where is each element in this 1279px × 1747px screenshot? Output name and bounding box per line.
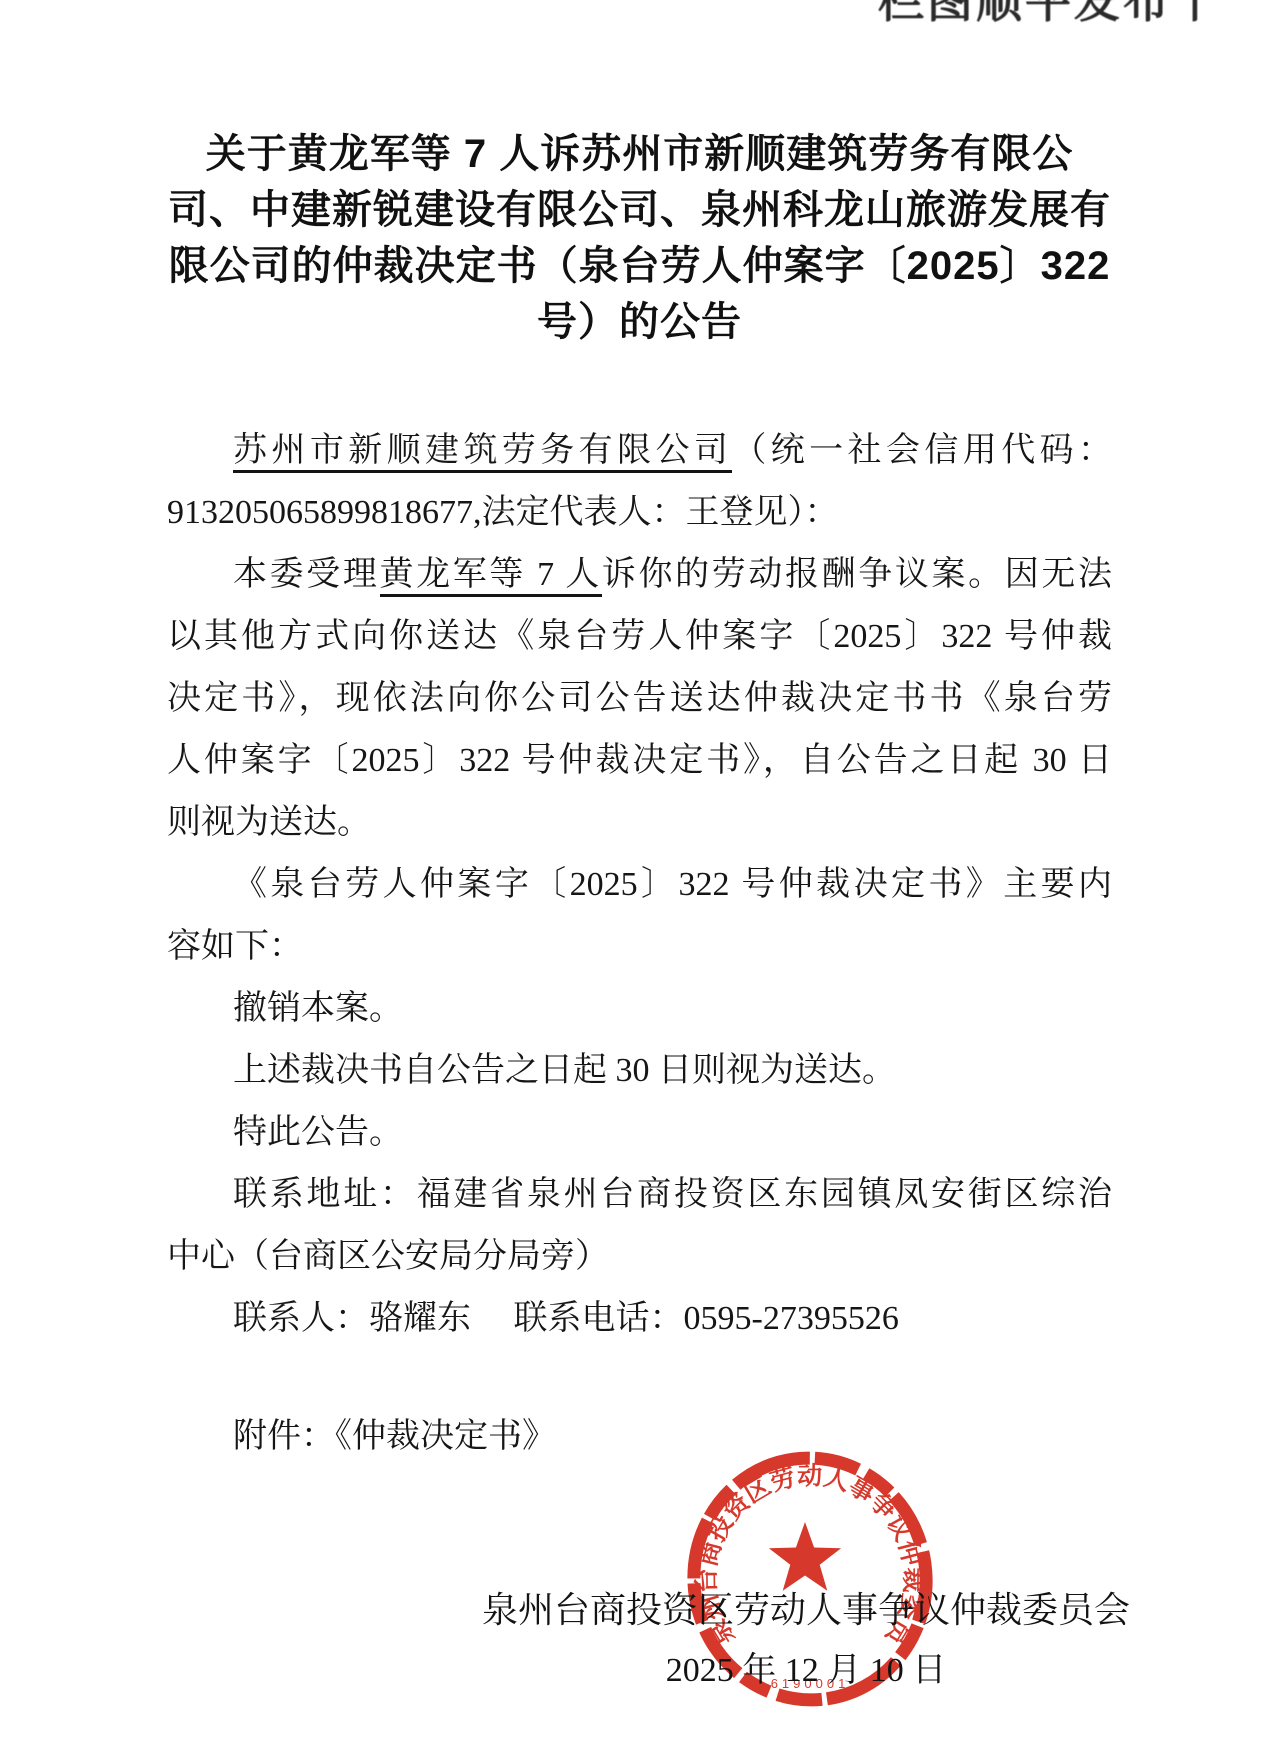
issue-date: 2025 年 12 月 10 日 xyxy=(466,1650,1146,1692)
body-text: 诉你的劳动报酬争议案。因无法 xyxy=(602,556,1112,593)
title-line-2: 司、中建新锐建设有限公司、泉州科龙山旅游发展有 xyxy=(88,182,1191,238)
body-line: 本委受理黄龙军等 7 人诉你的劳动报酬争议案。因无法 xyxy=(167,544,1112,606)
document-body: 苏州市新顺建筑劳务有限公司（统一社会信用代码：91320506589981867… xyxy=(167,420,1112,1468)
body-text: 撤销本案。 xyxy=(233,990,403,1027)
body-text: 上述裁决书自公告之日起 30 日则视为送达。 xyxy=(233,1052,896,1089)
body-line: 容如下： xyxy=(167,916,1112,978)
body-line: 上述裁决书自公告之日起 30 日则视为送达。 xyxy=(167,1040,1112,1102)
body-text: 《泉台劳人仲案字〔2025〕322 号仲裁决定书》主要内 xyxy=(233,866,1112,903)
body-line: 联系人：骆耀东 联系电话：0595-27395526 xyxy=(167,1288,1112,1350)
top-clipped-header-text-value: 栏图顺平发布十 xyxy=(878,0,1208,28)
body-text: 中心（台商区公安局分局旁） xyxy=(167,1238,609,1275)
signature-block: 泉州台商投资区劳动人事争议仲裁委员会 2025 年 12 月 10 日 xyxy=(466,1588,1146,1692)
announcement-document: { "page": { "background": "#ffffff", "te… xyxy=(0,0,1279,1747)
body-text: 特此公告。 xyxy=(233,1114,403,1151)
body-text: 联系人：骆耀东 联系电话：0595-27395526 xyxy=(233,1300,899,1337)
document-title: 关于黄龙军等 7 人诉苏州市新顺建筑劳务有限公 司、中建新锐建设有限公司、泉州科… xyxy=(88,0,1191,350)
body-text: 容如下： xyxy=(167,928,303,965)
body-line: 以其他方式向你送达《泉台劳人仲案字〔2025〕322 号仲裁 xyxy=(167,606,1112,668)
body-text: 联系地址：福建省泉州台商投资区东园镇凤安街区综治 xyxy=(233,1176,1112,1213)
body-text: 913205065899818677,法定代表人：王登见）： xyxy=(167,494,839,531)
body-line: 人仲案字〔2025〕322 号仲裁决定书》，自公告之日起 30 日 xyxy=(167,730,1112,792)
underlined-text: 苏州市新顺建筑劳务有限公司 xyxy=(233,432,732,473)
body-line: 中心（台商区公安局分局旁） xyxy=(167,1226,1112,1288)
seal-star-icon xyxy=(769,1522,841,1591)
top-clipped-header-text: 栏图顺平发布十 xyxy=(878,0,1208,30)
body-line: 附件：《仲裁决定书》 xyxy=(167,1406,1112,1468)
body-text: 人仲案字〔2025〕322 号仲裁决定书》，自公告之日起 30 日 xyxy=(167,742,1112,779)
body-line: 决定书》，现依法向你公司公告送达仲裁决定书书《泉台劳 xyxy=(167,668,1112,730)
body-text: 本委受理 xyxy=(233,556,380,593)
body-line: 特此公告。 xyxy=(167,1102,1112,1164)
body-text: 附件：《仲裁决定书》 xyxy=(233,1418,556,1455)
title-line-4: 号）的公告 xyxy=(88,294,1191,350)
body-text: 则视为送达。 xyxy=(167,804,371,841)
title-line-3: 限公司的仲裁决定书（泉台劳人仲案字〔2025〕322 xyxy=(88,238,1191,294)
body-line: 913205065899818677,法定代表人：王登见）： xyxy=(167,482,1112,544)
title-line-1: 关于黄龙军等 7 人诉苏州市新顺建筑劳务有限公 xyxy=(88,126,1191,182)
body-text: 以其他方式向你送达《泉台劳人仲案字〔2025〕322 号仲裁 xyxy=(167,618,1112,655)
body-line: 则视为送达。 xyxy=(167,792,1112,854)
underlined-text: 黄龙军等 7 人 xyxy=(380,556,602,597)
body-line: 联系地址：福建省泉州台商投资区东园镇凤安街区综治 xyxy=(167,1164,1112,1226)
body-line: 撤销本案。 xyxy=(167,978,1112,1040)
issuing-committee: 泉州台商投资区劳动人事争议仲裁委员会 xyxy=(466,1588,1146,1632)
body-line: 苏州市新顺建筑劳务有限公司（统一社会信用代码： xyxy=(167,420,1112,482)
body-line: 《泉台劳人仲案字〔2025〕322 号仲裁决定书》主要内 xyxy=(167,854,1112,916)
body-text: （统一社会信用代码： xyxy=(732,432,1112,469)
body-text: 决定书》，现依法向你公司公告送达仲裁决定书书《泉台劳 xyxy=(167,680,1112,717)
